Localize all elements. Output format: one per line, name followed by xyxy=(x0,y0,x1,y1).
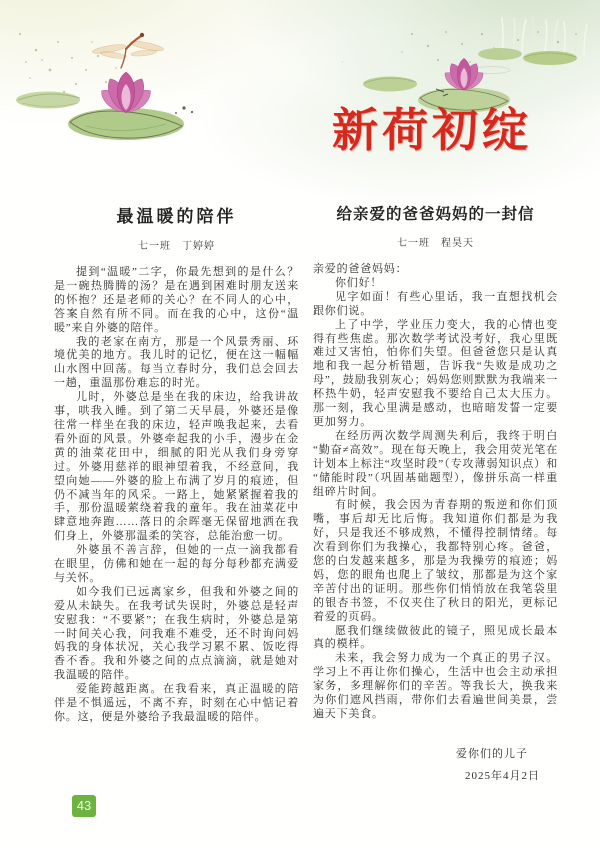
lotus-dragonfly-illustration xyxy=(6,12,238,144)
dragonfly-icon xyxy=(92,33,165,68)
section-masthead-title: 新荷初绽 xyxy=(332,104,572,156)
article-right-body: 亲爱的爸爸妈妈： 你们好！ 见字如面！有些心里话，我一直想找机会跟你们说。上了中… xyxy=(313,263,558,784)
paragraph: 在经历两次数学周测失利后，我终于明白“勤奋≠高效”。现在每天晚上，我会用荧光笔在… xyxy=(313,430,558,500)
paragraph: 我的老家在南方，那是一个风景秀丽、环境优美的地方。我儿时的记忆，便在这一幅幅山水… xyxy=(54,336,299,392)
paragraph: 有时候，我会因为青春期的叛逆和你们顶嘴，事后却无比后悔。我知道你们都是为我好，只… xyxy=(313,499,558,624)
paragraph: 未来，我会努力成为一个真正的男子汉。学习上不再让你们操心，生活中也会主动承担家务… xyxy=(313,652,558,722)
article-right: 给亲爱的爸爸妈妈的一封信 七一班 程昊天 亲爱的爸爸妈妈： 你们好！ 见字如面！… xyxy=(313,198,558,784)
content-columns: 最温暖的陪伴 七一班 丁婷婷 提到“温暖”二字，你最先想到的是什么？是一碗热腾腾… xyxy=(54,198,558,784)
pond-grass-icon xyxy=(502,18,587,58)
letter-body: 见字如面！有些心里话，我一直想找机会跟你们说。上了中学，学业压力变大，我的心情也… xyxy=(313,291,558,722)
ink-speckles-icon xyxy=(342,31,577,63)
paragraph: 提到“温暖”二字，你最先想到的是什么？是一碗热腾腾的汤？是在遇到困难时朋友送来的… xyxy=(54,266,299,336)
lotus-flower-icon xyxy=(68,72,184,140)
letter-signoff: 爱你们的儿子 xyxy=(313,748,558,762)
paragraph: 愿我们继续做彼此的镜子，照见成长最本真的模样。 xyxy=(313,625,558,653)
paragraph: 爱能跨越距离。在我看来，真正温暖的陪伴是不惧遥远，不离不弃，时刻在心中惦记着你。… xyxy=(54,683,299,725)
article-left-author: 七一班 丁婷婷 xyxy=(54,237,299,252)
letter-greeting: 你们好！ xyxy=(313,277,558,291)
article-right-title: 给亲爱的爸爸妈妈的一封信 xyxy=(313,202,558,224)
letter-salutation: 亲爱的爸爸妈妈： xyxy=(313,263,558,277)
paragraph: 上了中学，学业压力变大，我的心情也变得有些焦虑。那次数学考试没考好，我心里既难过… xyxy=(313,319,558,430)
lily-pad-icon xyxy=(363,48,577,92)
page-number-badge: 43 xyxy=(72,795,96,817)
paragraph: 儿时，外婆总是坐在我的床边，给我讲故事，哄我入睡。到了第二天早晨，外婆还是像往常… xyxy=(54,391,299,544)
article-right-author: 七一班 程昊天 xyxy=(313,234,558,249)
paragraph: 外婆虽不善言辞，但她的一点一滴我都看在眼里，仿佛和她在一起的每分每秒都充满爱与关… xyxy=(54,544,299,586)
paragraph: 见字如面！有些心里话，我一直想找机会跟你们说。 xyxy=(313,291,558,319)
letter-date: 2025年4月2日 xyxy=(313,770,558,784)
paragraph: 如今我们已远离家乡，但我和外婆之间的爱从未缺失。在我考试失误时，外婆总是轻声安慰… xyxy=(54,586,299,683)
article-left-body: 提到“温暖”二字，你最先想到的是什么？是一碗热腾腾的汤？是在遇到困难时朋友送来的… xyxy=(54,266,299,725)
article-left: 最温暖的陪伴 七一班 丁婷婷 提到“温暖”二字，你最先想到的是什么？是一碗热腾腾… xyxy=(54,198,299,784)
ink-speckles-icon xyxy=(19,33,193,114)
lotus-petals-icon xyxy=(442,58,487,93)
magazine-page: 新荷初绽 最温暖的陪伴 七一班 丁婷婷 提到“温暖”二字，你最先想到的是什么？是… xyxy=(0,0,600,848)
article-left-title: 最温暖的陪伴 xyxy=(54,202,299,227)
lotus-petals-icon xyxy=(97,72,155,117)
lily-pad-icon xyxy=(16,92,80,109)
